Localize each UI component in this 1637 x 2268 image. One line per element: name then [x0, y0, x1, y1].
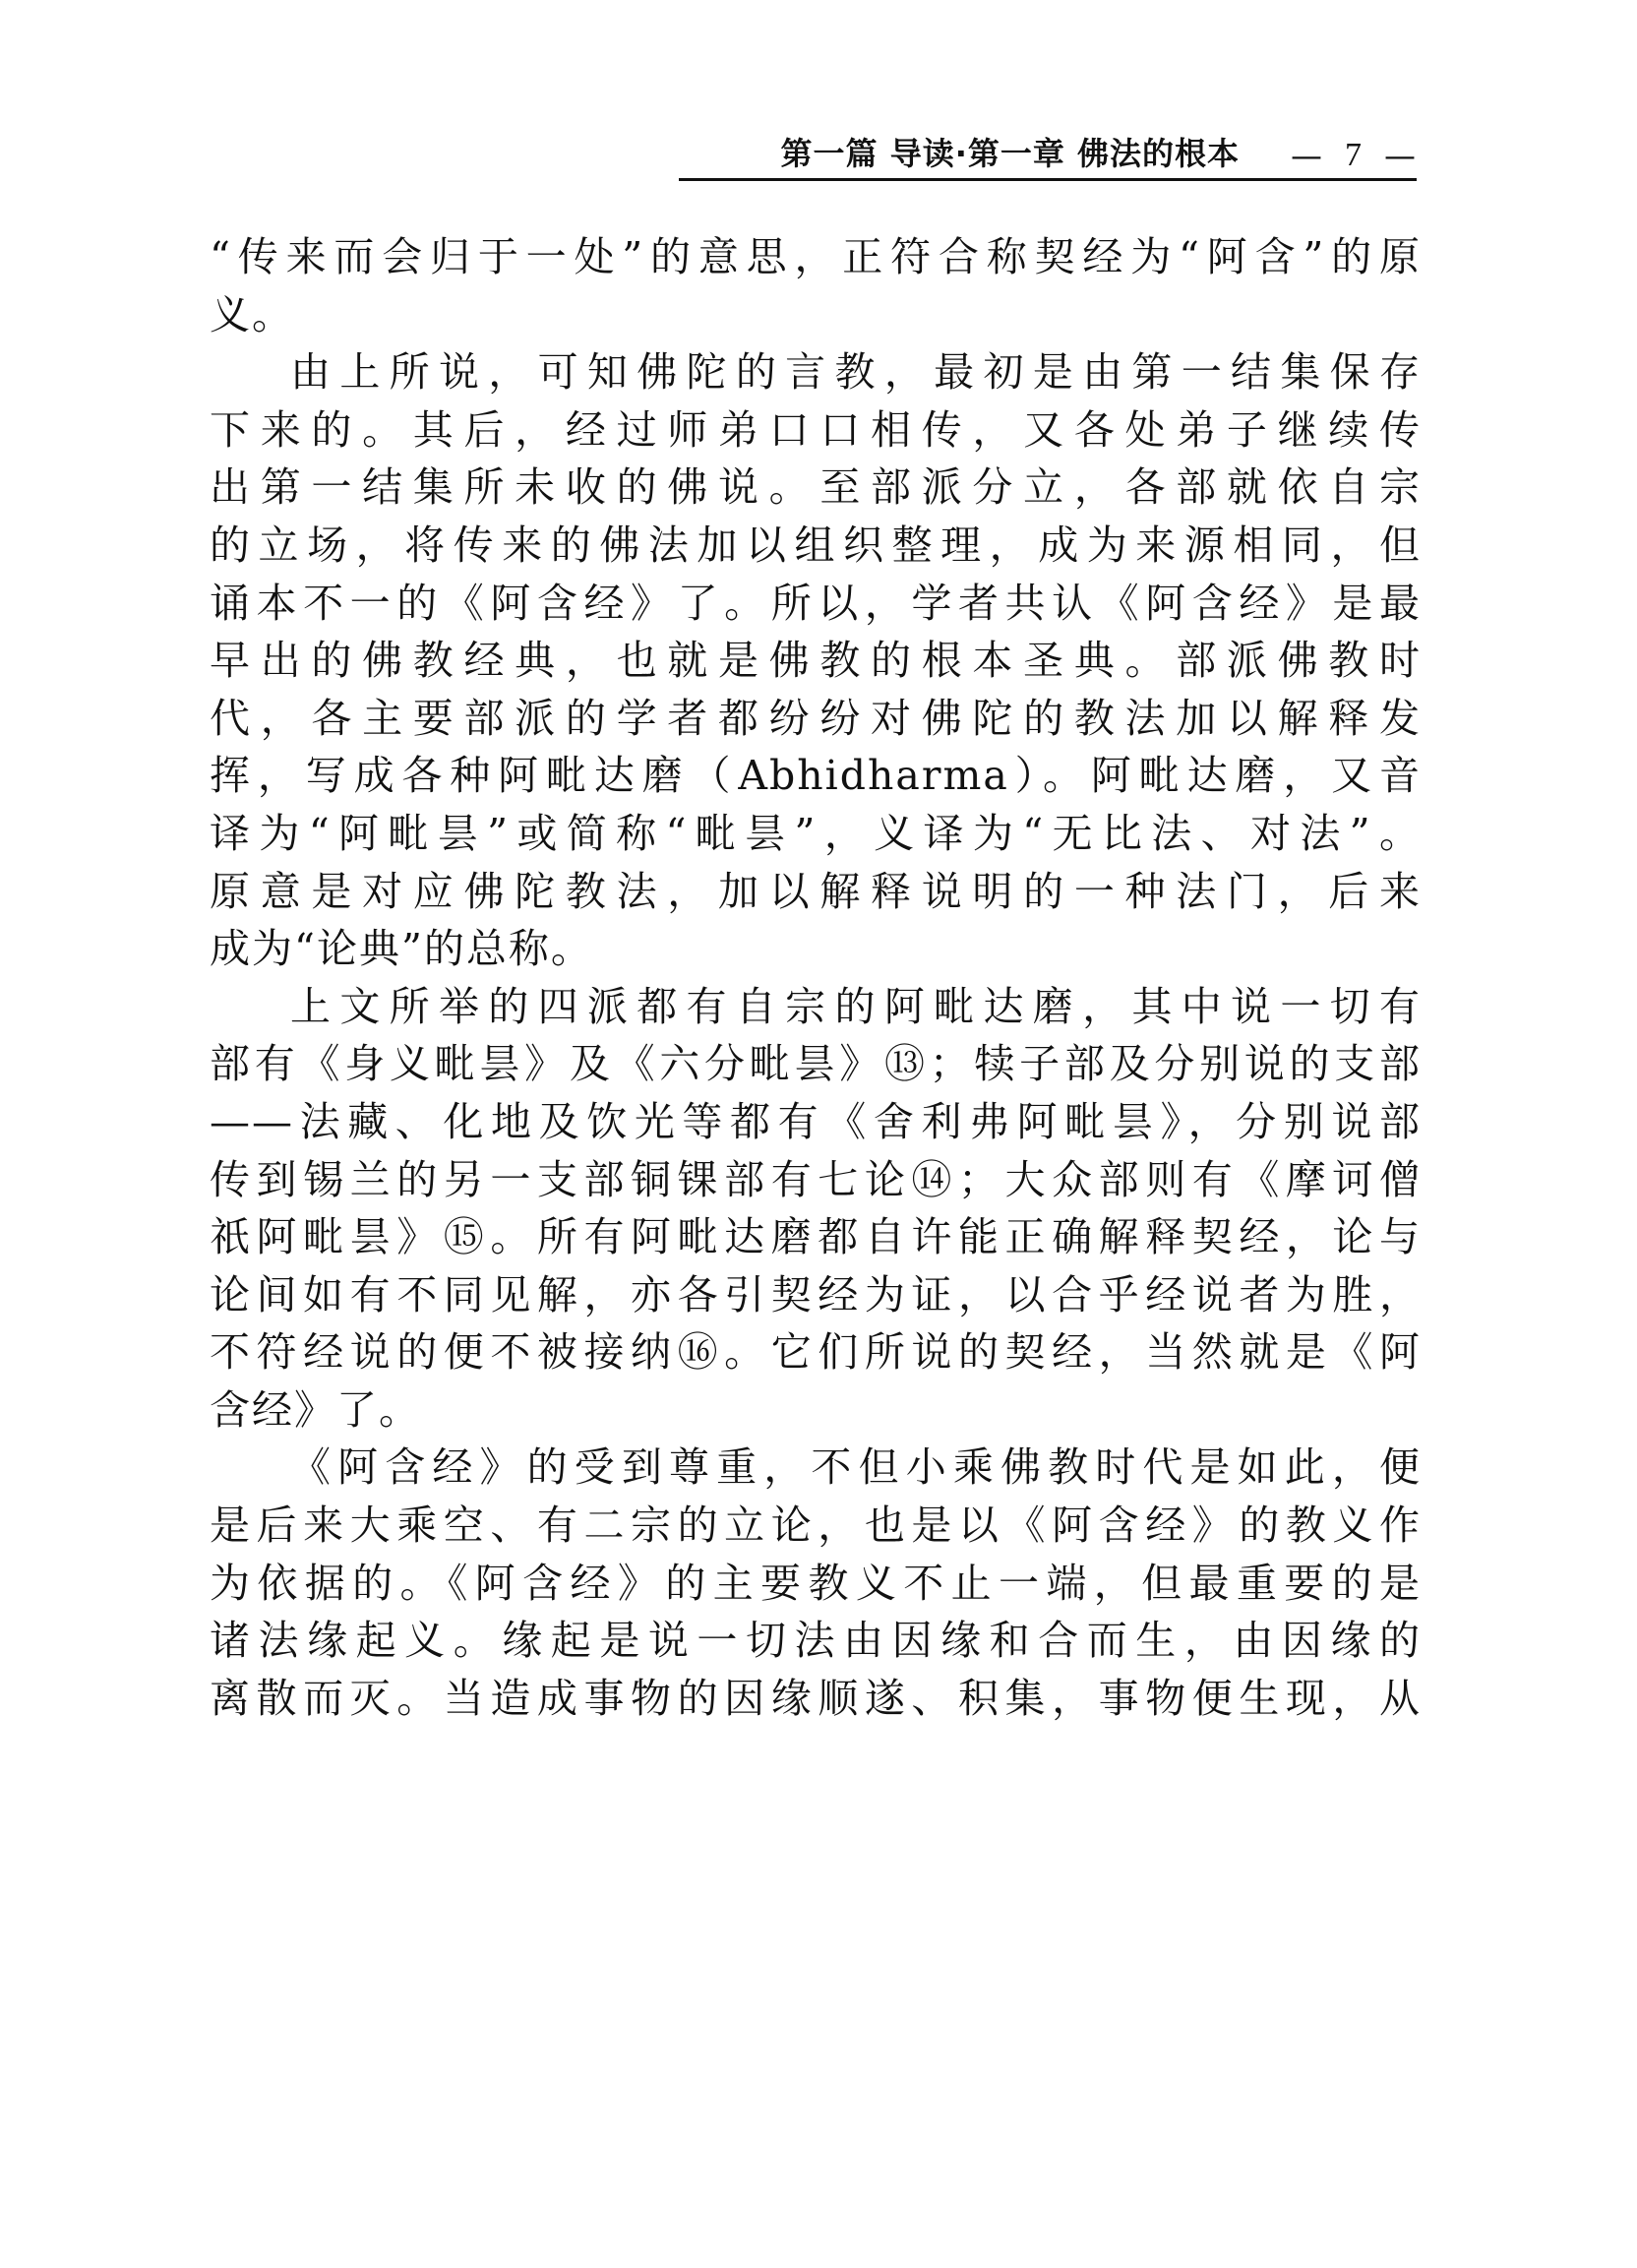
text-line: 不符经说的便不被接纳⑯。它们所说的契经，当然就是《阿	[210, 1323, 1422, 1381]
text-line: 论间如有不同见解，亦各引契经为证，以合乎经说者为胜，	[210, 1266, 1422, 1324]
running-header: 第一篇 导读·第一章 佛法的根本 — 7 —	[679, 138, 1417, 181]
text-line: 由上所说，可知佛陀的言教，最初是由第一结集保存	[210, 343, 1422, 401]
text-line: 的立场，将传来的佛法加以组织整理，成为来源相同，但	[210, 517, 1422, 575]
text-line: 诵本不一的《阿含经》了。所以，学者共认《阿含经》是最	[210, 575, 1422, 633]
text-line: 《阿含经》的受到尊重，不但小乘佛教时代是如此，便	[210, 1439, 1422, 1497]
text-line: 祇阿毗昙》⑮。所有阿毗达磨都自许能正确解释契经，论与	[210, 1208, 1422, 1266]
page-dash-left: —	[1291, 137, 1323, 174]
text-line: 部有《身义毗昙》及《六分毗昙》⑬；犊子部及分别说的支部	[210, 1035, 1422, 1093]
text-line: 离散而灭。当造成事物的因缘顺遂、积集，事物便生现，从	[210, 1670, 1422, 1728]
text-line: 成为“论典”的总称。	[210, 920, 1422, 978]
text-line: 义。	[210, 286, 1422, 344]
text-line: 为依据的。《阿含经》的主要教义不止一端，但最重要的是	[210, 1555, 1422, 1613]
chapter-title: 第一篇 导读·第一章 佛法的根本	[781, 129, 1240, 174]
body-text: “传来而会归于一处”的意思，正符合称契经为“阿含”的原 义。 由上所说，可知佛陀…	[210, 228, 1422, 1727]
text-line: 挥，写成各种阿毗达磨（Abhidharma）。阿毗达磨，又音	[210, 747, 1422, 805]
text-line: 下来的。其后，经过师弟口口相传，又各处弟子继续传	[210, 401, 1422, 460]
text-line: 是后来大乘空、有二宗的立论，也是以《阿含经》的教义作	[210, 1497, 1422, 1555]
text-line: 出第一结集所未收的佛说。至部派分立，各部就依自宗	[210, 459, 1422, 517]
text-line: 诸法缘起义。缘起是说一切法由因缘和合而生，由因缘的	[210, 1612, 1422, 1670]
text-line: 传到锡兰的另一支部铜锞部有七论⑭；大众部则有《摩诃僧	[210, 1151, 1422, 1209]
text-line: ——法藏、化地及饮光等都有《舍利弗阿毗昙》，分别说部	[210, 1093, 1422, 1151]
page-number: 7	[1345, 137, 1363, 174]
text-line: “传来而会归于一处”的意思，正符合称契经为“阿含”的原	[210, 228, 1422, 286]
text-line: 含经》了。	[210, 1381, 1422, 1440]
text-line: 代，各主要部派的学者都纷纷对佛陀的教法加以解释发	[210, 690, 1422, 748]
text-line: 上文所举的四派都有自宗的阿毗达磨，其中说一切有	[210, 978, 1422, 1036]
page-dash-right: —	[1384, 137, 1417, 174]
text-line: 早出的佛教经典，也就是佛教的根本圣典。部派佛教时	[210, 632, 1422, 690]
text-line: 原意是对应佛陀教法，加以解释说明的一种法门，后来	[210, 863, 1422, 921]
text-line: 译为“阿毗昙”或简称“毗昙”，义译为“无比法、对法”。	[210, 805, 1422, 863]
